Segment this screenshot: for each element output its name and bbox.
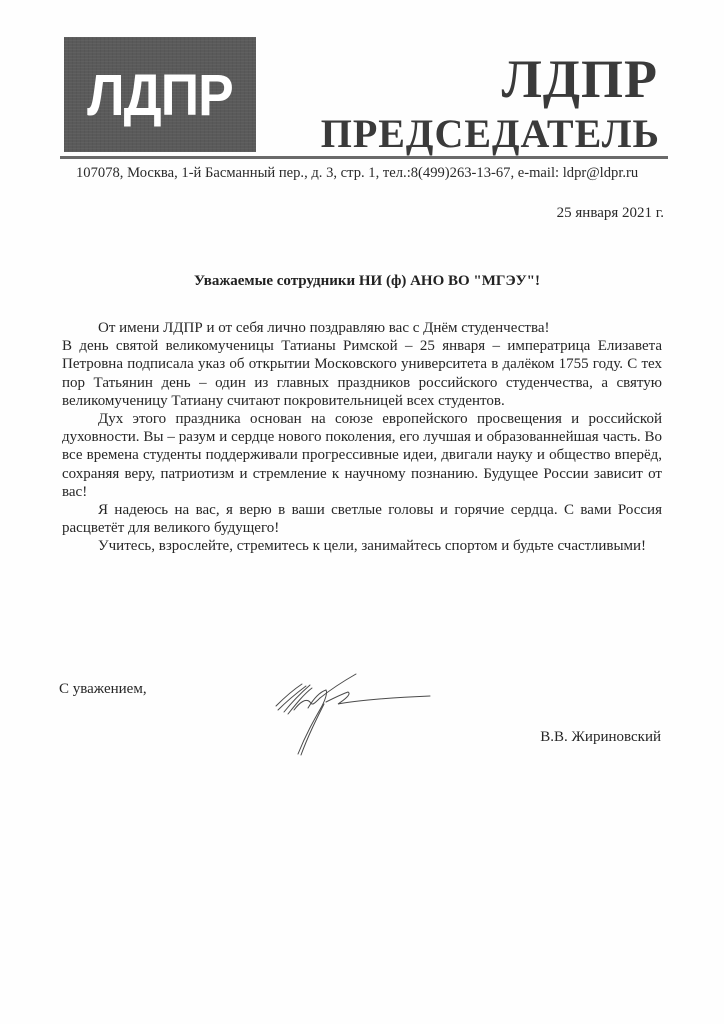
logo-text: ЛДПР <box>72 66 249 126</box>
closing-phrase: С уважением, <box>59 679 147 699</box>
letter-body: От имени ЛДПР и от себя лично поздравляю… <box>62 319 662 556</box>
sender-position-title: ПРЕДСЕДАТЕЛЬ <box>321 112 660 156</box>
body-paragraph: От имени ЛДПР и от себя лично поздравляю… <box>62 319 662 337</box>
signer-name: В.В. Жириновский <box>540 727 661 747</box>
signature-icon <box>268 668 438 758</box>
body-paragraph: Я надеюсь на вас, я верю в ваши светлые … <box>62 501 662 537</box>
body-paragraph: Учитесь, взрослейте, стремитесь к цели, … <box>62 537 662 555</box>
sender-address: 107078, Москва, 1-й Басманный пер., д. 3… <box>76 163 638 183</box>
letter-date: 25 января 2021 г. <box>557 203 664 223</box>
salutation-heading: Уважаемые сотрудники НИ (ф) АНО ВО "МГЭУ… <box>0 271 724 291</box>
body-paragraph: В день святой великомученицы Татианы Рим… <box>62 337 662 410</box>
letterhead-divider <box>60 156 668 159</box>
ldpr-logo: ЛДПР <box>64 37 256 152</box>
body-paragraph: Дух этого праздника основан на союзе евр… <box>62 410 662 501</box>
letter-page: ЛДПР ЛДПР ПРЕДСЕДАТЕЛЬ 107078, Москва, 1… <box>0 0 724 1024</box>
organization-name: ЛДПР <box>502 50 658 108</box>
